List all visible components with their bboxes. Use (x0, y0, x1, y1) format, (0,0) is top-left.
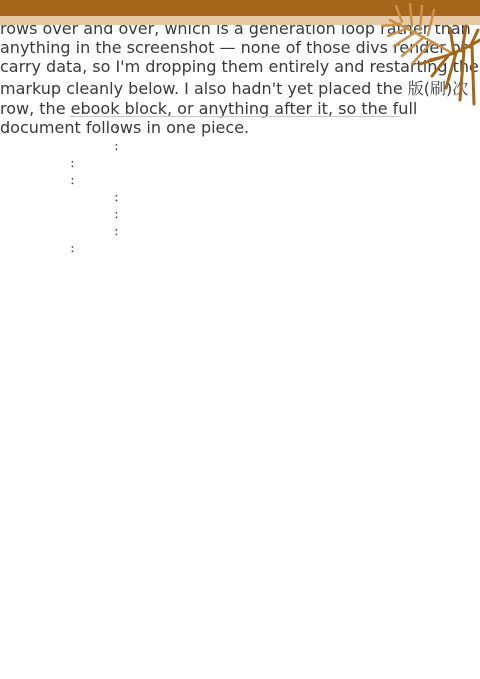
palm-leaf-icon (370, 0, 480, 110)
credit-editor: ： (70, 123, 125, 137)
credit-translation: ： (70, 157, 81, 171)
credit-publish-date: ： (70, 242, 81, 256)
credit-phone: ： (70, 208, 125, 222)
credit-website: ： (70, 225, 125, 239)
divider (70, 116, 400, 117)
credit-address: ： (70, 191, 125, 205)
credit-publisher: ： (70, 174, 81, 188)
credit-revision: ： (70, 140, 125, 154)
